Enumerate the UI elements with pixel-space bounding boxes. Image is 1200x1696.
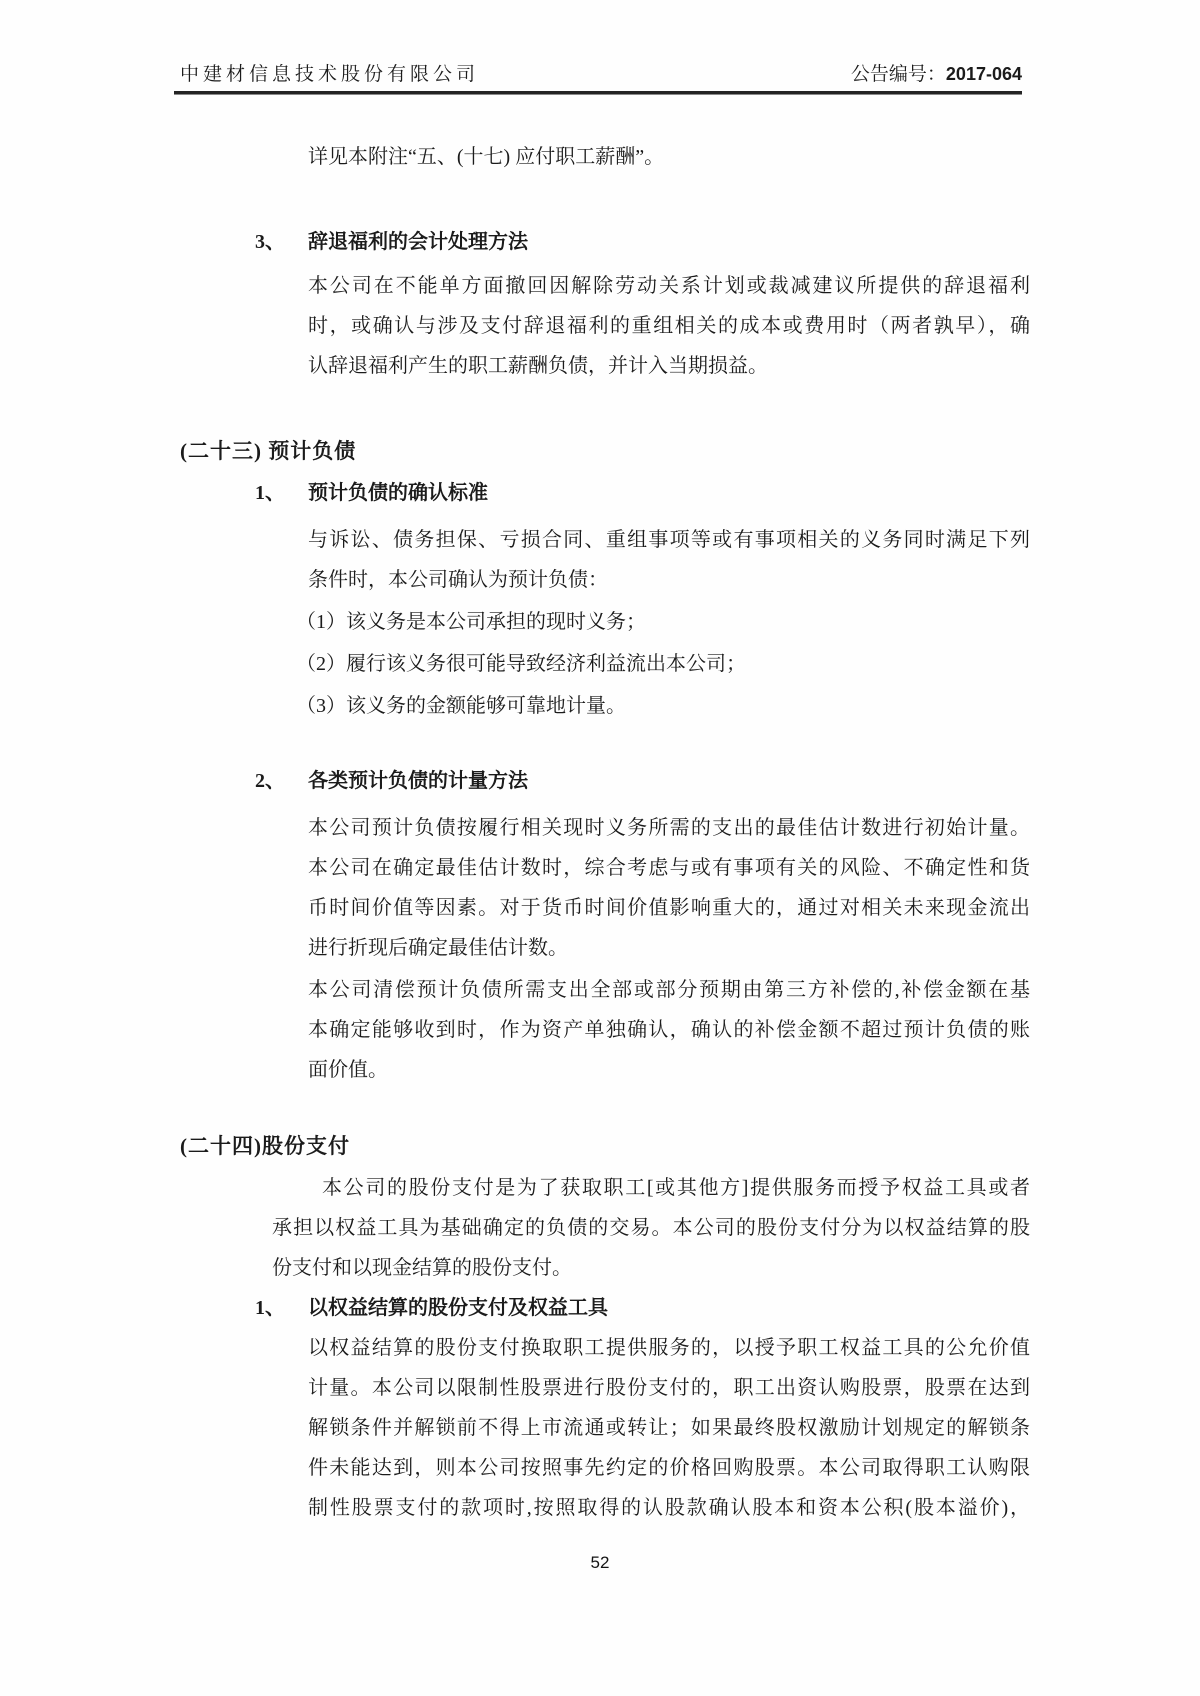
text-line: 进行折现后确定最佳估计数。: [308, 928, 1030, 968]
heading-24-1-number: 1、: [255, 1288, 308, 1328]
text-line: 以权益结算的股份支付换取职工提供服务的，以授予职工权益工具的公允价值: [308, 1328, 1030, 1368]
text-line: 与诉讼、债务担保、亏损合同、重组事项等或有事项相关的义务同时满足下列: [308, 520, 1030, 560]
text-line: 承担以权益工具为基础确定的负债的交易。本公司的股份支付分为以权益结算的股: [272, 1208, 1030, 1248]
heading-23-1-number: 1、: [255, 473, 308, 513]
notice-number: 公告编号：2017-064: [851, 56, 1022, 93]
heading-23-2: 2、各类预计负债的计量方法: [255, 761, 1030, 801]
heading-sec3-number: 3、: [255, 222, 308, 262]
text-line: 本公司预计负债按履行相关现时义务所需的支出的最佳估计数进行初始计量。: [308, 808, 1030, 848]
intro-note: 详见本附注“五、(十七) 应付职工薪酬”。: [308, 137, 1030, 177]
text-line: 本公司清偿预计负债所需支出全部或部分预期由第三方补偿的,补偿金额在基: [308, 970, 1030, 1010]
heading-23-2-title: 各类预计负债的计量方法: [308, 770, 528, 792]
heading-23-1: 1、预计负债的确认标准: [255, 473, 1030, 513]
paragraph-23-2: 本公司预计负债按履行相关现时义务所需的支出的最佳估计数进行初始计量。 本公司在确…: [308, 808, 1030, 968]
paragraph-sec3: 本公司在不能单方面撤回因解除劳动关系计划或裁减建议所提供的辞退福利 时，或确认与…: [308, 266, 1030, 386]
text-line: 本确定能够收到时，作为资产单独确认，确认的补偿金额不超过预计负债的账: [308, 1010, 1030, 1050]
condition-list: （1）该义务是本公司承担的现时义务； （2）履行该义务很可能导致经济利益流出本公…: [296, 601, 1030, 727]
text-line: 份支付和以现金结算的股份支付。: [272, 1248, 1030, 1288]
heading-24-1: 1、以权益结算的股份支付及权益工具: [255, 1288, 1030, 1328]
list-item: （2）履行该义务很可能导致经济利益流出本公司；: [296, 643, 1030, 685]
heading-sec3-title: 辞退福利的会计处理方法: [308, 231, 528, 253]
text-line: 计量。本公司以限制性股票进行股份支付的，职工出资认购股票，股票在达到: [308, 1368, 1030, 1408]
list-item: （3）该义务的金额能够可靠地计量。: [296, 685, 1030, 727]
heading-24-1-title: 以权益结算的股份支付及权益工具: [308, 1297, 608, 1319]
text-line: 币时间价值等因素。对于货币时间价值影响重大的，通过对相关未来现金流出: [308, 888, 1030, 928]
section-title-24: (二十四)股份支付: [180, 1126, 1030, 1166]
text-line: 本公司的股份支付是为了获取职工[或其他方]提供服务而授予权益工具或者: [272, 1168, 1030, 1208]
notice-label: 公告编号：: [851, 64, 946, 85]
text-line: 认辞退福利产生的职工薪酬负债，并计入当期损益。: [308, 346, 1030, 386]
heading-23-1-title: 预计负债的确认标准: [308, 482, 488, 504]
text-line: 时，或确认与涉及支付辞退福利的重组相关的成本或费用时（两者孰早），确: [308, 306, 1030, 346]
page-header: 中建材信息技术股份有限公司 公告编号：2017-064: [180, 56, 1022, 93]
paragraph-23-3: 本公司清偿预计负债所需支出全部或部分预期由第三方补偿的,补偿金额在基 本确定能够…: [308, 970, 1030, 1090]
text-line: 制性股票支付的款项时,按照取得的认股款确认股本和资本公积(股本溢价)，: [308, 1488, 1030, 1528]
paragraph-24-intro: 本公司的股份支付是为了获取职工[或其他方]提供服务而授予权益工具或者 承担以权益…: [272, 1168, 1030, 1288]
text-line: 本公司在确定最佳估计数时，综合考虑与或有事项有关的风险、不确定性和货: [308, 848, 1030, 888]
paragraph-24-1: 以权益结算的股份支付换取职工提供服务的，以授予职工权益工具的公允价值 计量。本公…: [308, 1328, 1030, 1528]
text-line: 面价值。: [308, 1050, 1030, 1090]
heading-sec3: 3、辞退福利的会计处理方法: [255, 222, 1030, 262]
notice-number-value: 2017-064: [946, 64, 1022, 84]
text-line: 本公司在不能单方面撤回因解除劳动关系计划或裁减建议所提供的辞退福利: [308, 266, 1030, 306]
text-line: 件未能达到，则本公司按照事先约定的价格回购股票。本公司取得职工认购限: [308, 1448, 1030, 1488]
list-item: （1）该义务是本公司承担的现时义务；: [296, 601, 1030, 643]
company-name: 中建材信息技术股份有限公司: [180, 57, 479, 93]
text-line: 条件时，本公司确认为预计负债：: [308, 560, 1030, 600]
text-line: 解锁条件并解锁前不得上市流通或转让；如果最终股权激励计划规定的解锁条: [308, 1408, 1030, 1448]
page-number: 52: [0, 1545, 1200, 1581]
section-title-23: (二十三) 预计负债: [180, 431, 1030, 471]
header-rule: [174, 91, 1022, 95]
paragraph-23-1: 与诉讼、债务担保、亏损合同、重组事项等或有事项相关的义务同时满足下列 条件时，本…: [308, 520, 1030, 600]
heading-23-2-number: 2、: [255, 761, 308, 801]
document-page: 中建材信息技术股份有限公司 公告编号：2017-064 详见本附注“五、(十七)…: [0, 0, 1200, 1696]
